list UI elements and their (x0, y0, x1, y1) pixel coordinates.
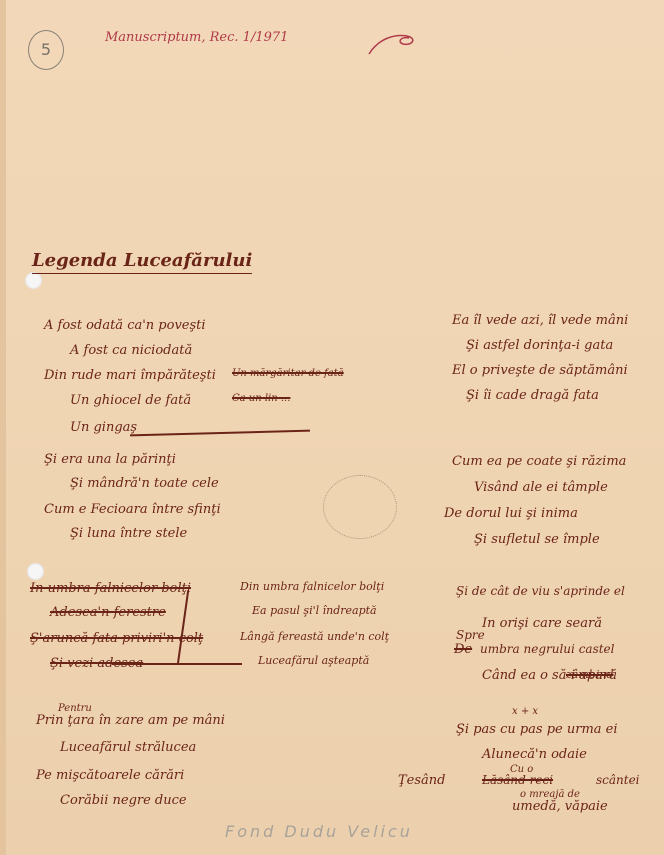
struck-text: zâmbind (566, 668, 613, 681)
archive-note: Manuscriptum, Rec. 1/1971 (105, 30, 288, 45)
interlinear-insert: Spre (456, 628, 485, 642)
verse-line: Cum e Fecioara între sfinţi (44, 502, 221, 517)
verse-line: umbra negrului castel (480, 642, 614, 656)
archive-fond-note: Fond Dudu Velicu (225, 822, 413, 841)
flourish-icon (365, 28, 425, 58)
verse-line: In orişi care seară (482, 616, 602, 631)
struck-text: Lăsând reci (482, 773, 553, 787)
verse-line: Visând ale ei tâmple (474, 480, 608, 495)
verse-line: Lângă fereastă unde'n colţ (240, 630, 389, 643)
cancel-stroke (112, 663, 242, 665)
verse-line: Ea îl vede azi, îl vede mâni (452, 313, 628, 328)
verse-line: Un ghiocel de fată (70, 393, 191, 408)
struck-text: Un mărgăritar de fată (232, 368, 344, 379)
verse-line: A fost odată ca'n poveşti (44, 318, 206, 333)
verse-line: Şi de cât de viu s'aprinde el (456, 584, 625, 598)
cancel-stroke (177, 590, 189, 664)
punch-hole-upper (25, 272, 42, 289)
verse-line: Prin ţara în zare am pe mâni (36, 713, 225, 728)
verse-line: Luceafărul aşteaptă (258, 654, 369, 667)
verse-line: Din umbra falnicelor bolţi (240, 580, 384, 593)
verse-line: Şi luna între stele (70, 526, 187, 541)
verse-line: Ţesând (398, 773, 445, 788)
punch-hole-lower (27, 563, 44, 580)
verse-line: Şi pas cu pas pe urma ei (456, 722, 618, 737)
verse-line: Cum ea pe coate şi răzima (452, 454, 626, 469)
verse-line: Luceafărul strălucea (60, 740, 196, 755)
struck-text: De (454, 642, 472, 657)
verse-line: scântei (596, 773, 640, 787)
verse-line: Şi mândră'n toate cele (70, 476, 219, 491)
verse-line: Ea pasul şi'l îndreaptă (252, 604, 377, 617)
verse-line: Şi îi cade dragă fata (466, 388, 599, 403)
struck-text: Ş'aruncă fata priviri'n colţ (30, 631, 203, 646)
page-number-circled: 5 (28, 30, 64, 70)
verse-line: El o priveşte de săptămâni (452, 363, 628, 378)
verse-line: Din rude mari împărăteşti (44, 368, 216, 383)
verse-line: umedă, văpaie (512, 799, 608, 814)
underline-stroke (130, 430, 310, 436)
interlinear-insert: x + x (512, 706, 538, 717)
page-edge (0, 0, 6, 855)
manuscript-page: 5 Manuscriptum, Rec. 1/1971 Legenda Luce… (0, 0, 664, 855)
verse-line: A fost ca niciodată (70, 343, 192, 358)
verse-line: De dorul lui şi inima (444, 506, 578, 521)
struck-text: Ca un lin ... (232, 393, 290, 404)
verse-line: Şi sufletul se împle (474, 532, 600, 547)
struck-text: Adesea'n ferestre (50, 605, 166, 620)
verse-line: Corăbii negre duce (60, 793, 187, 808)
faded-stamp (323, 475, 397, 539)
verse-line: Şi era una la părinţi (44, 452, 176, 467)
struck-text: In umbra falnicelor bolţi (30, 581, 191, 596)
verse-line: Pe mişcătoarele cărări (36, 768, 184, 783)
verse-line: Un gingaş (70, 420, 137, 435)
verse-line: Şi astfel dorinţa-i gata (466, 338, 613, 353)
poem-title: Legenda Luceafărului (32, 250, 252, 274)
verse-line: Alunecă'n odaie (482, 747, 587, 762)
